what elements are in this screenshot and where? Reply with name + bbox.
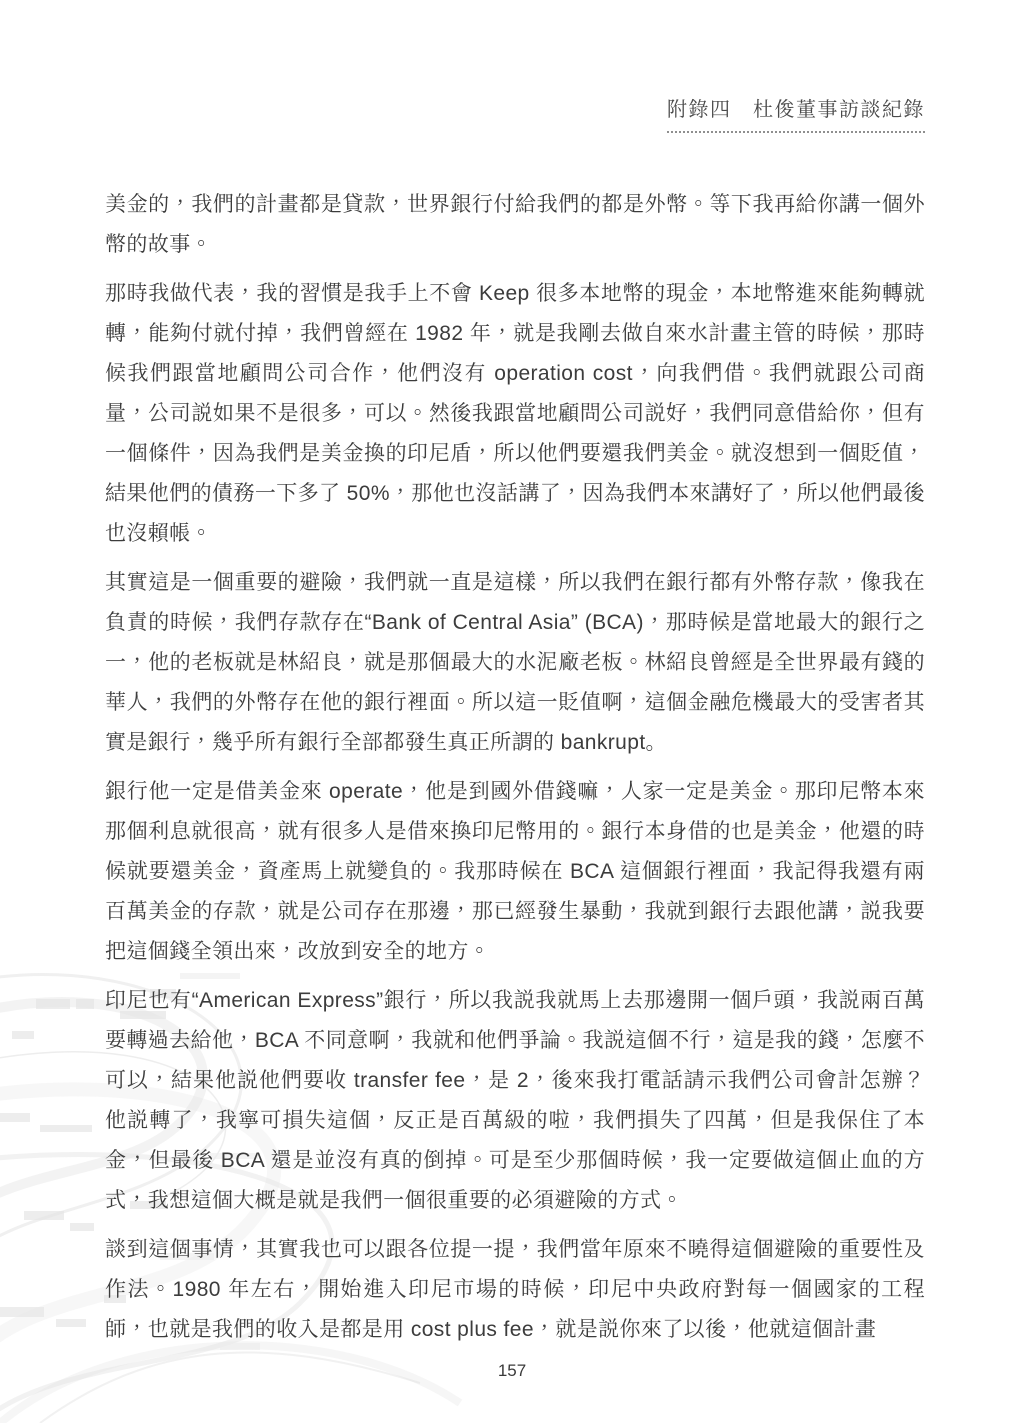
paragraph: 印尼也有“American Express”銀行，所以我説我就馬上去那邊開一個戶… bbox=[105, 981, 925, 1221]
page-header: 附錄四 杜俊董事訪談紀錄 bbox=[105, 93, 925, 133]
paragraph: 其實這是一個重要的避險，我們就一直是這樣，所以我們在銀行都有外幣存款，像我在負責… bbox=[105, 563, 925, 763]
paragraph: 那時我做代表，我的習慣是我手上不會 Keep 很多本地幣的現金，本地幣進來能夠轉… bbox=[105, 274, 925, 554]
paragraph: 銀行他一定是借美金來 operate，他是到國外借錢嘛，人家一定是美金。那印尼幣… bbox=[105, 772, 925, 972]
paragraph: 談到這個事情，其實我也可以跟各位提一提，我們當年原來不曉得這個避險的重要性及作法… bbox=[105, 1230, 925, 1350]
paragraph: 美金的，我們的計畫都是貸款，世界銀行付給我們的都是外幣。等下我再給你講一個外幣的… bbox=[105, 185, 925, 265]
page-number: 157 bbox=[0, 1361, 1024, 1381]
chapter-header-title: 附錄四 杜俊董事訪談紀錄 bbox=[667, 93, 925, 133]
body-text: 美金的，我們的計畫都是貸款，世界銀行付給我們的都是外幣。等下我再給你講一個外幣的… bbox=[105, 185, 925, 1350]
book-page: 附錄四 杜俊董事訪談紀錄 美金的，我們的計畫都是貸款，世界銀行付給我們的都是外幣… bbox=[0, 0, 1024, 1423]
page-content: 附錄四 杜俊董事訪談紀錄 美金的，我們的計畫都是貸款，世界銀行付給我們的都是外幣… bbox=[105, 93, 925, 1359]
